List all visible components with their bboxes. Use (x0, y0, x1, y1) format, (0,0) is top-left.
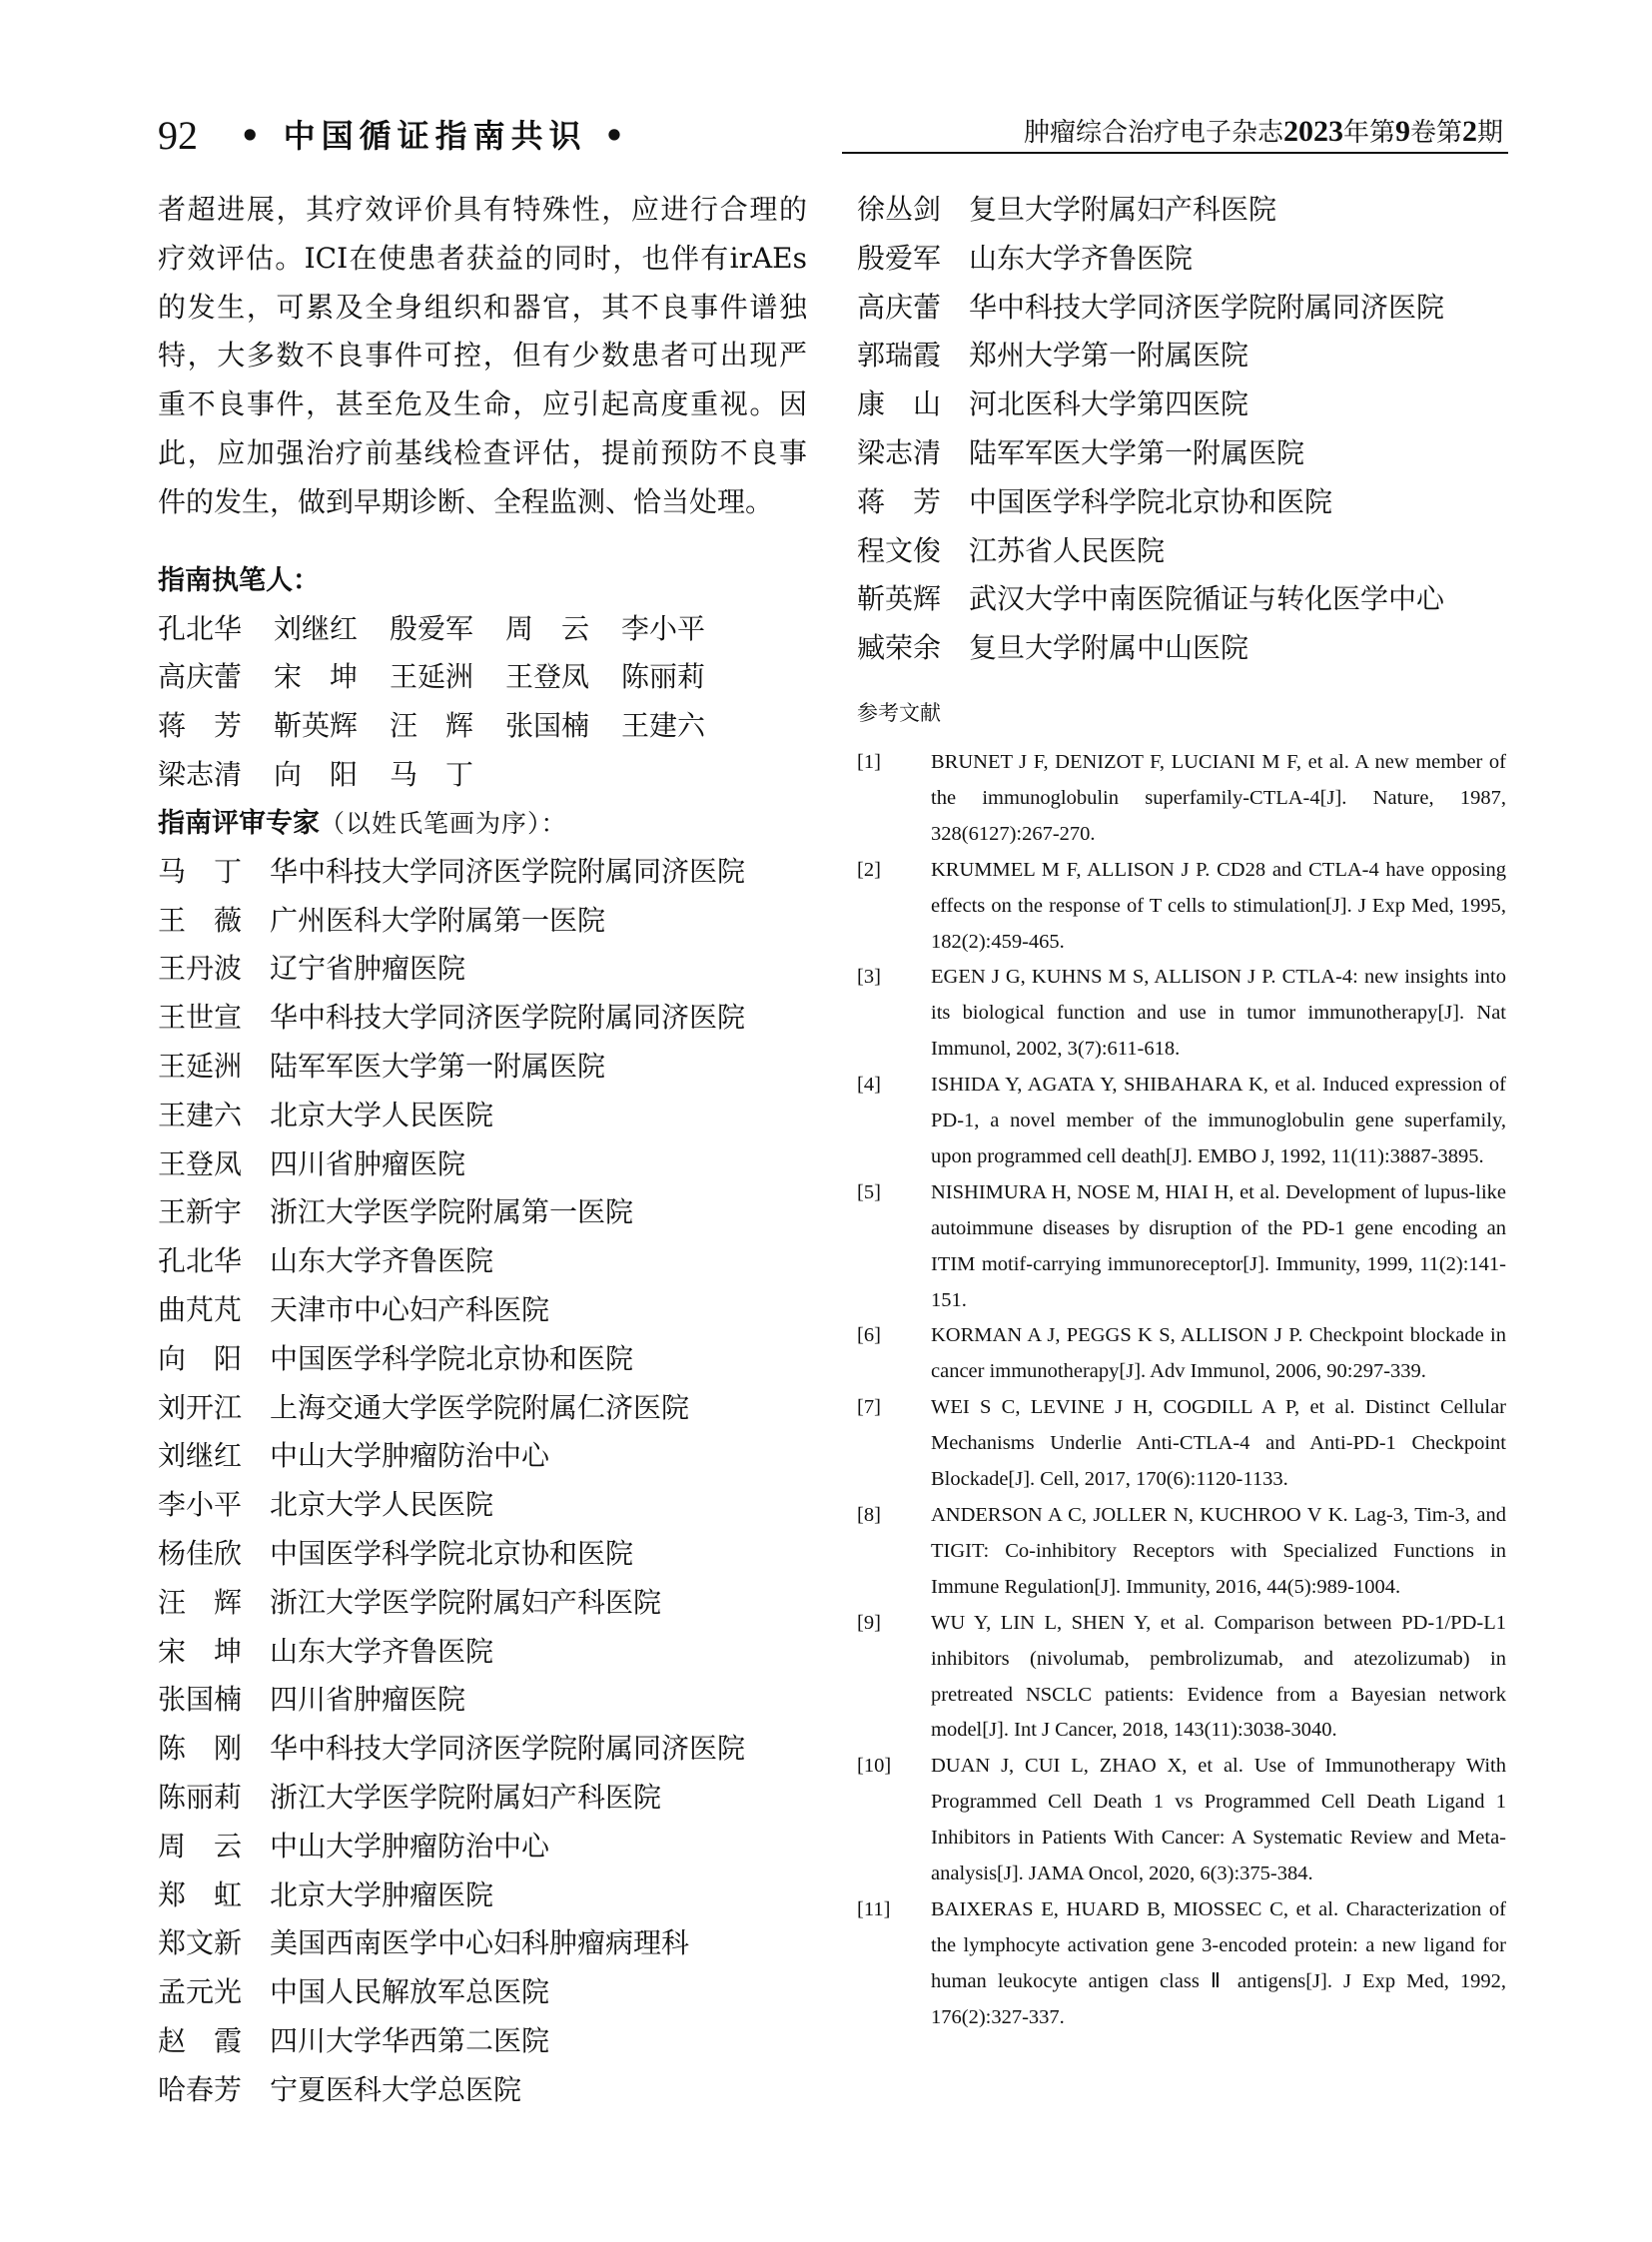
reviewer-name: 张国楠 (158, 1676, 242, 1725)
paragraph-line: 者超进展，其疗效评价具有特殊性，应进行合理的 (158, 186, 807, 235)
reviewer-name: 郑文新 (158, 1919, 242, 1968)
reviewers-list-right: 徐丛剑复旦大学附属妇产科医院殷爱军山东大学齐鲁医院高庆蕾华中科技大学同济医学院附… (857, 186, 1506, 673)
paragraph-line: 重不良事件，甚至危及生命，应引起高度重视。因 (158, 380, 807, 429)
writer-name: 汪 辉 (390, 702, 473, 751)
reviewer-row: 郑 虹北京大学肿瘤医院 (158, 1871, 807, 1920)
writer-name: 王延洲 (390, 653, 473, 702)
writer-name: 刘继红 (274, 605, 358, 654)
writer-name: 殷爱军 (390, 605, 473, 654)
reviewer-affiliation: 浙江大学医学院附属妇产科医院 (270, 1579, 661, 1628)
reviewer-name: 曲芃芃 (158, 1286, 242, 1335)
reference-number: [10] (857, 1749, 931, 1892)
writer-name: 周 云 (505, 605, 589, 654)
reviewer-affiliation: 陆军军医大学第一附属医院 (969, 429, 1304, 478)
reference-text: WEI S C, LEVINE J H, COGDILL A P, et al.… (931, 1390, 1506, 1498)
reviewer-row: 陈丽莉浙江大学医学院附属妇产科医院 (158, 1774, 807, 1823)
writer-name: 王建六 (621, 702, 705, 751)
reviewer-name: 赵 霞 (158, 2017, 242, 2066)
journal-volume: 9 (1395, 115, 1410, 148)
reviewer-affiliation: 辽宁省肿瘤医院 (270, 945, 465, 994)
reviewer-affiliation: 四川省肿瘤医院 (270, 1140, 465, 1189)
reference-item: [10]DUAN J, CUI L, ZHAO X, et al. Use of… (857, 1749, 1506, 1892)
journal-issue: 2 (1462, 115, 1477, 148)
reviewer-affiliation: 北京大学人民医院 (270, 1092, 493, 1140)
reviewer-name: 刘继红 (158, 1432, 242, 1481)
reviewer-row: 郑文新美国西南医学中心妇科肿瘤病理科 (158, 1919, 807, 1968)
reviewer-row: 周 云中山大学肿瘤防治中心 (158, 1823, 807, 1871)
reference-number: [4] (857, 1068, 931, 1175)
reviewer-row: 王新宇浙江大学医学院附属第一医院 (158, 1188, 807, 1237)
reference-text: WU Y, LIN L, SHEN Y, et al. Comparison b… (931, 1606, 1506, 1750)
reviewer-affiliation: 复旦大学附属妇产科医院 (969, 186, 1276, 235)
reviewer-name: 杨佳欣 (158, 1530, 242, 1579)
reviewer-name: 靳英辉 (857, 575, 941, 624)
reviewer-row: 向 阳中国医学科学院北京协和医院 (158, 1335, 807, 1384)
reviewer-affiliation: 华中科技大学同济医学院附属同济医院 (270, 1725, 745, 1774)
reviewer-name: 向 阳 (158, 1335, 242, 1384)
paragraph-line: 特，大多数不良事件可控，但有少数患者可出现严 (158, 332, 807, 380)
reference-item: [3]EGEN J G, KUHNS M S, ALLISON J P. CTL… (857, 960, 1506, 1068)
reviewer-name: 高庆蕾 (857, 284, 941, 333)
reviewer-row: 王世宣华中科技大学同济医学院附属同济医院 (158, 994, 807, 1043)
reviewer-row: 郭瑞霞郑州大学第一附属医院 (857, 332, 1506, 380)
reference-item: [6]KORMAN A J, PEGGS K S, ALLISON J P. C… (857, 1318, 1506, 1390)
reviewer-affiliation: 郑州大学第一附属医院 (969, 332, 1248, 380)
reviewer-name: 孔北华 (158, 1237, 242, 1286)
reviewer-affiliation: 山东大学齐鲁医院 (270, 1237, 493, 1286)
reviewer-affiliation: 中国医学科学院北京协和医院 (969, 478, 1332, 527)
reference-item: [1]BRUNET J F, DENIZOT F, LUCIANI M F, e… (857, 745, 1506, 853)
reviewer-name: 刘开江 (158, 1384, 242, 1433)
paragraph-line: 件的发生，做到早期诊断、全程监测、恰当处理。 (158, 478, 807, 527)
left-column: 者超进展，其疗效评价具有特殊性，应进行合理的 疗效评估。ICI在使患者获益的同时… (158, 186, 807, 2114)
reviewer-name: 王延洲 (158, 1043, 242, 1092)
reviewer-row: 曲芃芃天津市中心妇产科医院 (158, 1286, 807, 1335)
reviewer-row: 孟元光中国人民解放军总医院 (158, 1968, 807, 2017)
writer-name: 孔北华 (158, 605, 242, 654)
reviewer-row: 徐丛剑复旦大学附属妇产科医院 (857, 186, 1506, 235)
year-suffix: 年第 (1343, 118, 1395, 148)
reference-item: [7]WEI S C, LEVINE J H, COGDILL A P, et … (857, 1390, 1506, 1498)
reviewer-row: 孔北华山东大学齐鲁医院 (158, 1237, 807, 1286)
references-heading: 参考文献 (857, 697, 1506, 729)
writers-row: 蒋 芳靳英辉汪 辉张国楠王建六 (158, 702, 807, 751)
reviewer-name: 殷爱军 (857, 235, 941, 284)
reference-text: DUAN J, CUI L, ZHAO X, et al. Use of Imm… (931, 1749, 1506, 1892)
intro-paragraph: 者超进展，其疗效评价具有特殊性，应进行合理的 疗效评估。ICI在使患者获益的同时… (158, 186, 807, 527)
reference-text: KRUMMEL M F, ALLISON J P. CD28 and CTLA-… (931, 853, 1506, 961)
reference-text: ISHIDA Y, AGATA Y, SHIBAHARA K, et al. I… (931, 1068, 1506, 1175)
writers-heading: 指南执笔人： (158, 557, 807, 605)
journal-name: 肿瘤综合治疗电子杂志 (1024, 118, 1283, 148)
reviewer-row: 高庆蕾华中科技大学同济医学院附属同济医院 (857, 284, 1506, 333)
reviewer-name: 孟元光 (158, 1968, 242, 2017)
reviewer-affiliation: 宁夏医科大学总医院 (270, 2066, 521, 2115)
reviewer-row: 王 薇广州医科大学附属第一医院 (158, 897, 807, 946)
reviewer-affiliation: 山东大学齐鲁医院 (270, 1628, 493, 1677)
reviewer-name: 哈春芳 (158, 2066, 242, 2115)
reviewer-name: 蒋 芳 (857, 478, 941, 527)
reviewer-affiliation: 四川大学华西第二医院 (270, 2017, 549, 2066)
reviewer-row: 刘继红中山大学肿瘤防治中心 (158, 1432, 807, 1481)
reviewer-name: 周 云 (158, 1823, 242, 1871)
reviewer-name: 汪 辉 (158, 1579, 242, 1628)
journal-info: 肿瘤综合治疗电子杂志2023年第9卷第2期 (919, 110, 1503, 155)
reviewer-name: 宋 坤 (158, 1628, 242, 1677)
page-number: 92 (158, 112, 198, 160)
writer-name: 蒋 芳 (158, 702, 242, 751)
reference-item: [8]ANDERSON A C, JOLLER N, KUCHROO V K. … (857, 1498, 1506, 1606)
reviewer-row: 刘开江上海交通大学医学院附属仁济医院 (158, 1384, 807, 1433)
writer-name: 王登凤 (505, 653, 589, 702)
reviewer-row: 杨佳欣中国医学科学院北京协和医院 (158, 1530, 807, 1579)
reference-item: [11]BAIXERAS E, HUARD B, MIOSSEC C, et a… (857, 1892, 1506, 2036)
reviewer-affiliation: 中国医学科学院北京协和医院 (270, 1335, 633, 1384)
writers-row: 高庆蕾宋 坤王延洲王登凤陈丽莉 (158, 653, 807, 702)
reviewer-name: 梁志清 (857, 429, 941, 478)
reference-text: KORMAN A J, PEGGS K S, ALLISON J P. Chec… (931, 1318, 1506, 1390)
reviewer-row: 王延洲陆军军医大学第一附属医院 (158, 1043, 807, 1092)
reviewer-affiliation: 天津市中心妇产科医院 (270, 1286, 549, 1335)
writers-row: 孔北华刘继红殷爱军周 云李小平 (158, 605, 807, 654)
writer-name: 梁志清 (158, 751, 242, 800)
reviewers-heading-title: 指南评审专家 (158, 808, 320, 839)
reviewer-affiliation: 中国医学科学院北京协和医院 (270, 1530, 633, 1579)
reviewer-name: 王建六 (158, 1092, 242, 1140)
reviewer-row: 殷爱军山东大学齐鲁医院 (857, 235, 1506, 284)
writer-name: 靳英辉 (274, 702, 358, 751)
writer-name: 张国楠 (505, 702, 589, 751)
header-divider (842, 152, 1508, 154)
reviewer-name: 郑 虹 (158, 1871, 242, 1920)
reviewer-affiliation: 武汉大学中南医院循证与转化医学中心 (969, 575, 1444, 624)
reference-number: [3] (857, 960, 931, 1068)
reviewer-row: 康 山河北医科大学第四医院 (857, 380, 1506, 429)
reviewer-affiliation: 浙江大学医学院附属妇产科医院 (270, 1774, 661, 1823)
reviewer-row: 程文俊江苏省人民医院 (857, 527, 1506, 576)
reviewer-row: 宋 坤山东大学齐鲁医院 (158, 1628, 807, 1677)
reviewers-list-left: 马 丁华中科技大学同济医学院附属同济医院王 薇广州医科大学附属第一医院王丹波辽宁… (158, 848, 807, 2115)
reviewer-affiliation: 上海交通大学医学院附属仁济医院 (270, 1384, 689, 1433)
paragraph-line: 的发生，可累及全身组织和器官，其不良事件谱独 (158, 284, 807, 333)
references-list: [1]BRUNET J F, DENIZOT F, LUCIANI M F, e… (857, 745, 1506, 2036)
reference-text: NISHIMURA H, NOSE M, HIAI H, et al. Deve… (931, 1175, 1506, 1319)
writers-row: 梁志清向 阳马 丁 (158, 751, 807, 800)
reference-number: [7] (857, 1390, 931, 1498)
reviewers-heading: 指南评审专家（以姓氏笔画为序）： (158, 800, 807, 848)
reference-item: [4]ISHIDA Y, AGATA Y, SHIBAHARA K, et al… (857, 1068, 1506, 1175)
reviewer-affiliation: 陆军军医大学第一附属医院 (270, 1043, 605, 1092)
writer-name: 陈丽莉 (621, 653, 705, 702)
reviewer-row: 王丹波辽宁省肿瘤医院 (158, 945, 807, 994)
writer-name: 李小平 (621, 605, 705, 654)
reviewer-row: 张国楠四川省肿瘤医院 (158, 1676, 807, 1725)
reviewer-row: 赵 霞四川大学华西第二医院 (158, 2017, 807, 2066)
reviewers-heading-note: （以姓氏笔画为序）： (320, 809, 567, 838)
reviewer-name: 王新宇 (158, 1188, 242, 1237)
reviewer-affiliation: 广州医科大学附属第一医院 (270, 897, 605, 946)
reviewer-affiliation: 华中科技大学同济医学院附属同济医院 (270, 848, 745, 897)
writer-name: 宋 坤 (274, 653, 358, 702)
reviewer-affiliation: 河北医科大学第四医院 (969, 380, 1248, 429)
reference-text: ANDERSON A C, JOLLER N, KUCHROO V K. Lag… (931, 1498, 1506, 1606)
reviewer-name: 王世宣 (158, 994, 242, 1043)
reviewer-row: 哈春芳宁夏医科大学总医院 (158, 2066, 807, 2115)
reviewer-name: 徐丛剑 (857, 186, 941, 235)
writer-name: 高庆蕾 (158, 653, 242, 702)
reference-text: BAIXERAS E, HUARD B, MIOSSEC C, et al. C… (931, 1892, 1506, 2036)
reviewer-name: 程文俊 (857, 527, 941, 576)
reviewer-row: 臧荣余复旦大学附属中山医院 (857, 624, 1506, 673)
reference-number: [9] (857, 1606, 931, 1750)
reviewer-row: 马 丁华中科技大学同济医学院附属同济医院 (158, 848, 807, 897)
reviewer-row: 蒋 芳中国医学科学院北京协和医院 (857, 478, 1506, 527)
writers-list: 孔北华刘继红殷爱军周 云李小平高庆蕾宋 坤王延洲王登凤陈丽莉蒋 芳靳英辉汪 辉张… (158, 605, 807, 800)
reference-item: [5]NISHIMURA H, NOSE M, HIAI H, et al. D… (857, 1175, 1506, 1319)
reference-number: [1] (857, 745, 931, 853)
reviewer-row: 王建六北京大学人民医院 (158, 1092, 807, 1140)
paragraph-line: 此，应加强治疗前基线检查评估，提前预防不良事 (158, 429, 807, 478)
reviewer-name: 臧荣余 (857, 624, 941, 673)
reviewer-name: 王登凤 (158, 1140, 242, 1189)
reference-number: [6] (857, 1318, 931, 1390)
reference-text: EGEN J G, KUHNS M S, ALLISON J P. CTLA-4… (931, 960, 1506, 1068)
reviewer-affiliation: 中山大学肿瘤防治中心 (270, 1823, 549, 1871)
reviewer-affiliation: 北京大学肿瘤医院 (270, 1871, 493, 1920)
reviewer-name: 王 薇 (158, 897, 242, 946)
paragraph-line: 疗效评估。ICI在使患者获益的同时，也伴有irAEs (158, 235, 807, 284)
reviewer-name: 马 丁 (158, 848, 242, 897)
reference-item: [9]WU Y, LIN L, SHEN Y, et al. Compariso… (857, 1606, 1506, 1750)
reviewer-row: 梁志清陆军军医大学第一附属医院 (857, 429, 1506, 478)
reviewer-name: 陈丽莉 (158, 1774, 242, 1823)
reviewer-affiliation: 中国人民解放军总医院 (270, 1968, 549, 2017)
journal-year: 2023 (1283, 115, 1343, 148)
reviewer-name: 陈 刚 (158, 1725, 242, 1774)
reviewer-row: 李小平北京大学人民医院 (158, 1481, 807, 1530)
reference-item: [2]KRUMMEL M F, ALLISON J P. CD28 and CT… (857, 853, 1506, 961)
running-title: • 中国循证指南共识 • (240, 112, 630, 160)
reviewer-row: 陈 刚华中科技大学同济医学院附属同济医院 (158, 1725, 807, 1774)
reviewer-row: 靳英辉武汉大学中南医院循证与转化医学中心 (857, 575, 1506, 624)
reference-number: [11] (857, 1892, 931, 2036)
reviewer-name: 李小平 (158, 1481, 242, 1530)
reviewer-name: 康 山 (857, 380, 941, 429)
reviewer-affiliation: 四川省肿瘤医院 (270, 1676, 465, 1725)
reviewer-affiliation: 华中科技大学同济医学院附属同济医院 (969, 284, 1444, 333)
reviewer-affiliation: 中山大学肿瘤防治中心 (270, 1432, 549, 1481)
reference-number: [8] (857, 1498, 931, 1606)
reference-text: BRUNET J F, DENIZOT F, LUCIANI M F, et a… (931, 745, 1506, 853)
reviewer-name: 郭瑞霞 (857, 332, 941, 380)
reviewer-row: 汪 辉浙江大学医学院附属妇产科医院 (158, 1579, 807, 1628)
reviewer-affiliation: 江苏省人民医院 (969, 527, 1165, 576)
reviewer-affiliation: 美国西南医学中心妇科肿瘤病理科 (270, 1919, 689, 1968)
reference-number: [5] (857, 1175, 931, 1319)
issue-suffix: 期 (1477, 118, 1503, 148)
reference-number: [2] (857, 853, 931, 961)
reviewer-affiliation: 北京大学人民医院 (270, 1481, 493, 1530)
reviewer-name: 王丹波 (158, 945, 242, 994)
reviewer-affiliation: 浙江大学医学院附属第一医院 (270, 1188, 633, 1237)
reviewer-affiliation: 复旦大学附属中山医院 (969, 624, 1248, 673)
writer-name: 马 丁 (390, 751, 473, 800)
writer-name: 向 阳 (274, 751, 358, 800)
right-column: 徐丛剑复旦大学附属妇产科医院殷爱军山东大学齐鲁医院高庆蕾华中科技大学同济医学院附… (857, 186, 1506, 2036)
volume-suffix: 卷第 (1410, 118, 1462, 148)
reviewer-affiliation: 华中科技大学同济医学院附属同济医院 (270, 994, 745, 1043)
reviewer-affiliation: 山东大学齐鲁医院 (969, 235, 1193, 284)
reviewer-row: 王登凤四川省肿瘤医院 (158, 1140, 807, 1189)
